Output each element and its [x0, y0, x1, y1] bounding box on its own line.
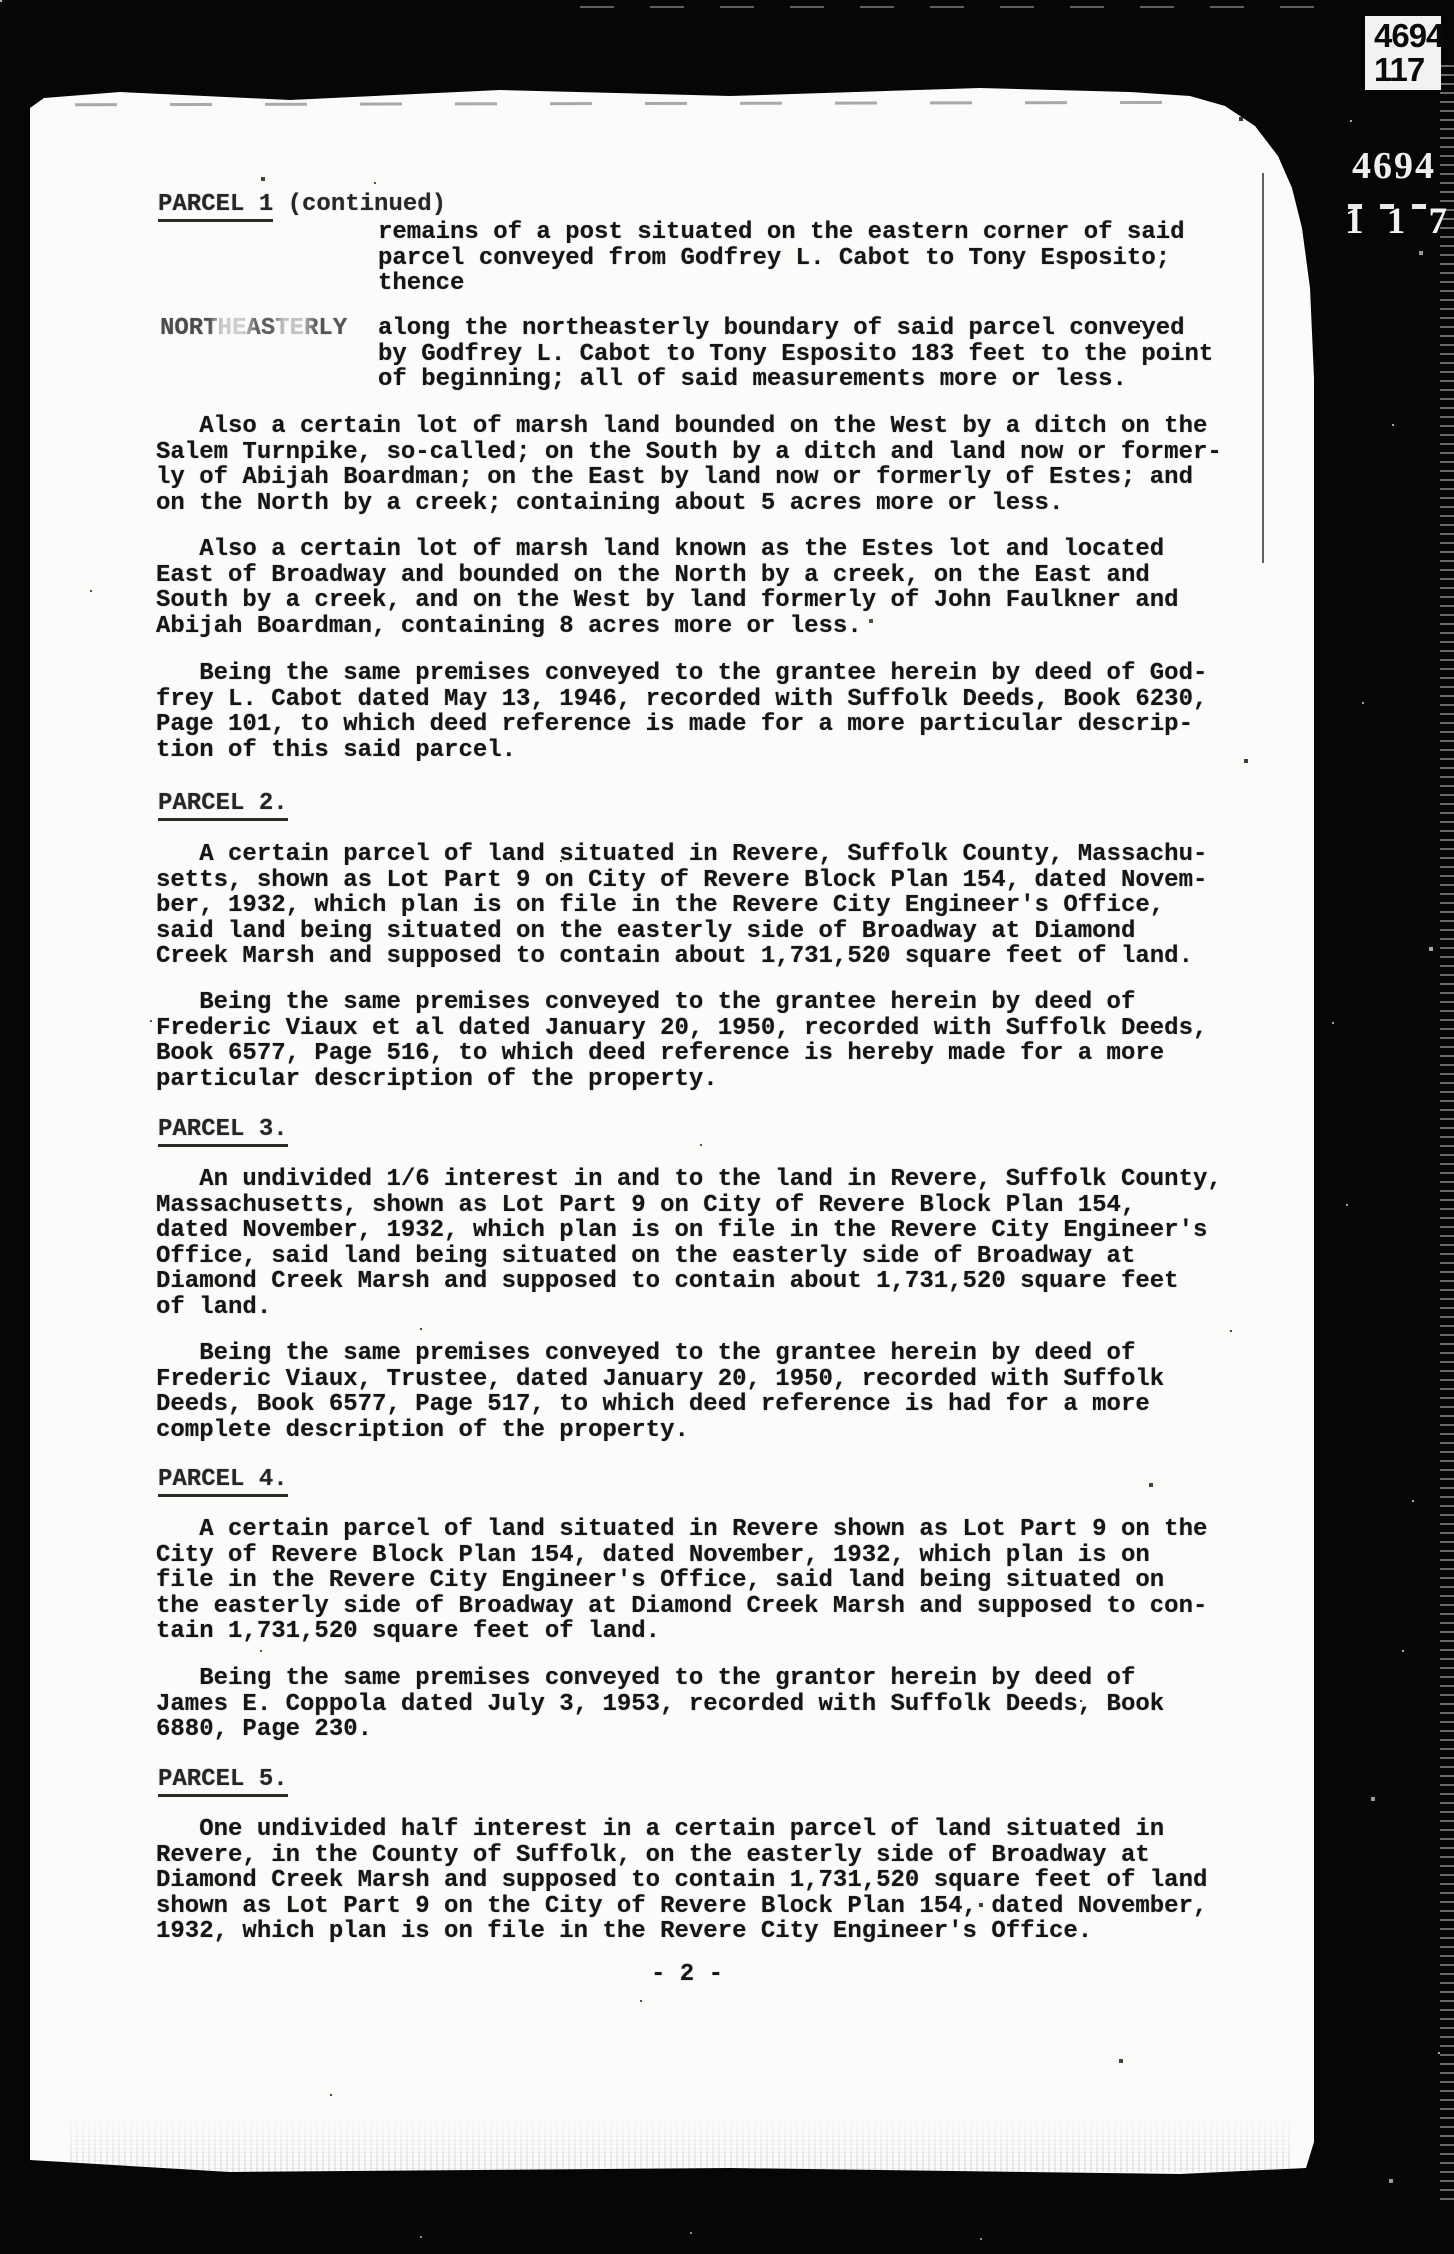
scan-right-edge-noise	[1440, 60, 1454, 2200]
parcel-5-heading-text: PARCEL 5.	[158, 1766, 288, 1797]
stamp-book-number: 4694	[1374, 19, 1441, 53]
bottom-scan-noise	[70, 2114, 1290, 2172]
parcel-3-heading-text: PARCEL 3.	[158, 1116, 288, 1147]
margin-book-number: 4694	[1352, 146, 1436, 186]
parcel-2-being-paragraph: Being the same premises conveyed to the …	[156, 990, 1207, 1092]
parcel-5-heading: PARCEL 5.	[158, 1767, 288, 1793]
parcel-3-heading: PARCEL 3.	[158, 1117, 288, 1143]
parcel-1-heading: PARCEL 1 (continued)	[158, 192, 446, 218]
parcel-1-heading-underlined: PARCEL 1	[158, 191, 273, 222]
scan-noise-specks	[0, 0, 2, 2]
scan-top-edge-dashes	[580, 6, 1340, 8]
scan-line-artifact	[1262, 173, 1264, 563]
parcel-4-being-paragraph: Being the same premises conveyed to the …	[156, 1666, 1164, 1743]
course-description: along the northeasterly boundary of said…	[378, 316, 1213, 393]
parcel-3-being-paragraph: Being the same premises conveyed to the …	[156, 1341, 1164, 1443]
page-ink-specks	[30, 78, 32, 80]
course-direction-label: NORTHEASTERLY	[160, 316, 347, 342]
marsh-lot-paragraph: Also a certain lot of marsh land bounded…	[156, 414, 1222, 516]
estes-lot-paragraph: Also a certain lot of marsh land known a…	[156, 537, 1179, 639]
scan-background: { "colors": { "background": "#060606", "…	[0, 0, 1454, 2254]
parcel-4-heading-text: PARCEL 4.	[158, 1466, 288, 1497]
parcel-4-heading: PARCEL 4.	[158, 1467, 288, 1493]
parcel-2-heading-text: PARCEL 2.	[158, 790, 288, 821]
margin-page-number: 1 1 7	[1345, 202, 1451, 242]
parcel-3-description: An undivided 1/6 interest in and to the …	[156, 1167, 1222, 1320]
parcel-2-description: A certain parcel of land situated in Rev…	[156, 842, 1207, 970]
parcel-4-description: A certain parcel of land situated in Rev…	[156, 1517, 1207, 1645]
page-number: - 2 -	[651, 1962, 723, 1988]
parcel-1-hanging-text: remains of a post situated on the easter…	[378, 220, 1185, 297]
parcel-2-heading: PARCEL 2.	[158, 791, 288, 817]
stamp-page-number: 117	[1374, 53, 1441, 87]
parcel-1-heading-continued: (continued)	[273, 191, 446, 218]
book-page-stamp-box: 4694 117	[1365, 16, 1441, 90]
torn-top-edge	[75, 101, 1215, 106]
parcel-5-description: One undivided half interest in a certain…	[156, 1817, 1207, 1945]
parcel-1-being-paragraph: Being the same premises conveyed to the …	[156, 661, 1207, 763]
